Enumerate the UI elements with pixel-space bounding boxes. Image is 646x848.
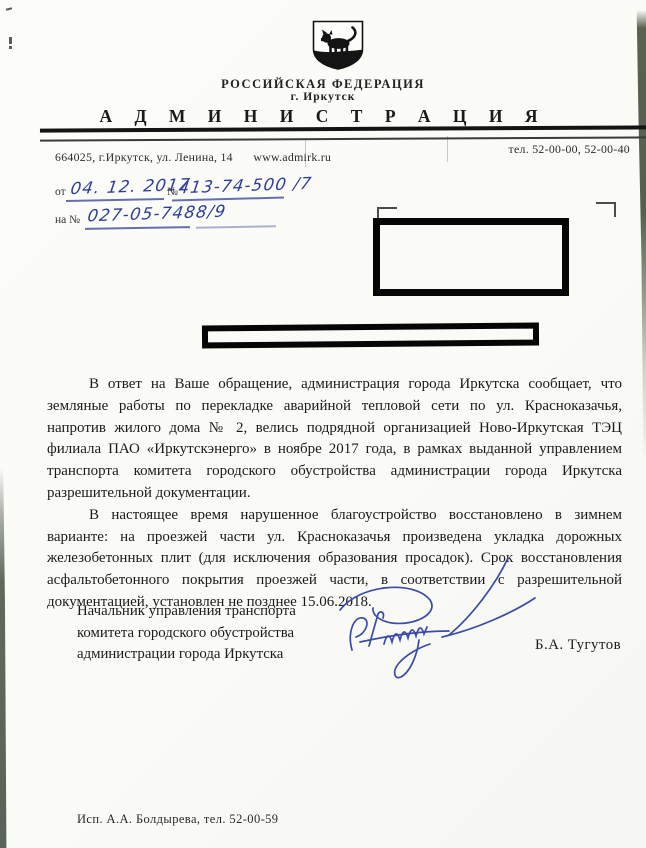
phone-line: тел. 52-00-00, 52-00-40	[509, 142, 630, 157]
ref-from-label: от	[55, 186, 66, 198]
ref-reply-handwritten: 027-05-7488/9	[86, 202, 227, 226]
scan-speck	[9, 37, 12, 44]
signatory-name: Б.А. Тугутов	[535, 637, 621, 654]
body-paragraph-1: В ответ на Ваше обращение, администрация…	[47, 374, 622, 505]
website: www.admirk.ru	[253, 150, 331, 164]
ref-number-handwritten: 413-74-500 /7	[177, 174, 313, 198]
signatory-position: Начальник управления транспорта комитета…	[77, 601, 296, 666]
scanned-letter-page: РОССИЙСКАЯ ФЕДЕРАЦИЯ г. Иркутск А Д М И …	[0, 0, 646, 848]
scan-speck	[9, 46, 12, 49]
scan-edge-artifact-left	[0, 468, 8, 848]
postal-address: 664025, г.Иркутск, ул. Ленина, 14	[55, 150, 233, 164]
header-double-rule	[40, 125, 646, 141]
scan-speck	[6, 7, 12, 10]
city-name: г. Иркутск	[0, 91, 646, 103]
executor-line: Исп. А.А. Болдырева, тел. 52-00-59	[77, 812, 278, 827]
handwritten-signature	[322, 556, 537, 686]
coat-of-arms-irkutsk-icon	[311, 19, 365, 73]
country-name: РОССИЙСКАЯ ФЕДЕРАЦИЯ	[0, 77, 646, 92]
ref-date-underline	[66, 198, 164, 202]
ref-number-underline	[172, 197, 284, 202]
ref-reply-label: на №	[55, 214, 80, 226]
ref-reply-underline	[85, 226, 190, 229]
redacted-addressee-block	[373, 218, 569, 296]
address-line: 664025, г.Иркутск, ул. Ленина, 14 www.ad…	[55, 150, 331, 165]
scan-fold-line	[447, 136, 448, 162]
ref-reply-underline-ext	[196, 225, 276, 228]
addressee-corner-bracket-right	[596, 202, 616, 217]
organization-name: А Д М И Н И С Т Р А Ц И Я	[0, 106, 646, 127]
redacted-subject-line	[202, 323, 539, 349]
